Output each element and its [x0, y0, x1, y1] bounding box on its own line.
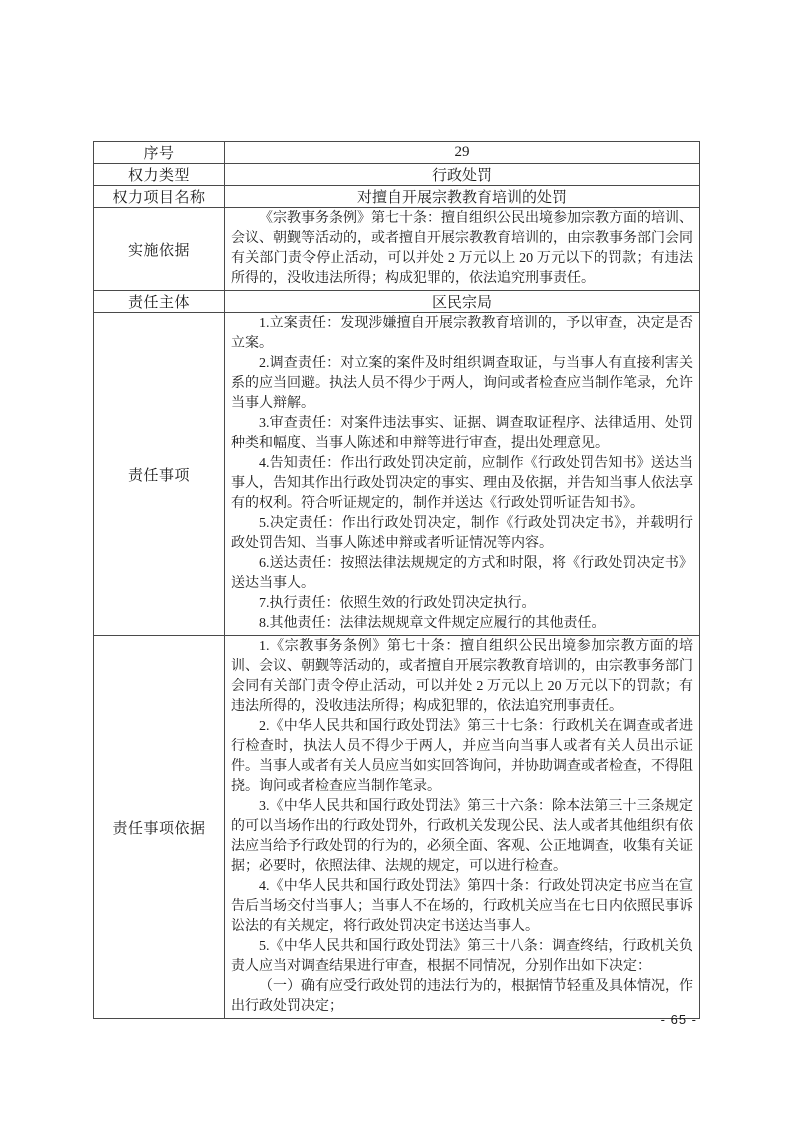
row-label-responsibility-items-basis: 责任事项依据: [94, 636, 225, 1019]
paragraph: 7.执行责任：依照生效的行政处罚决定执行。: [231, 594, 693, 614]
document-page: 序号 29 权力类型 行政处罚 权力项目名称 对擅自开展宗教教育培训的处罚 实施…: [0, 0, 793, 1122]
row-label-responsible-entity: 责任主体: [94, 291, 225, 313]
row-label-implementation-basis: 实施依据: [94, 208, 225, 291]
table-row-responsible-entity: 责任主体 区民宗局: [94, 291, 700, 313]
row-value-power-type: 行政处罚: [225, 164, 700, 186]
paragraph: 4.《中华人民共和国行政处罚法》第四十条：行政处罚决定书应当在宣告后当场交付当事…: [231, 877, 693, 937]
row-value-implementation-basis: 《宗教事务条例》第七十条：擅自组织公民出境参加宗教方面的培训、会议、朝觐等活动的…: [225, 208, 700, 291]
paragraph: 1.《宗教事务条例》第七十条：擅自组织公民出境参加宗教方面的培训、会议、朝觐等活…: [231, 637, 693, 717]
paragraph: 5.《中华人民共和国行政处罚法》第三十八条：调查终结，行政机关负责人应当对调查结…: [231, 937, 693, 977]
paragraph: 8.其他责任：法律法规规章文件规定应履行的其他责任。: [231, 614, 693, 634]
row-label-responsibility-items: 责任事项: [94, 313, 225, 636]
table-row-power-item-name: 权力项目名称 对擅自开展宗教教育培训的处罚: [94, 186, 700, 208]
paragraph: 2.调查责任：对立案的案件及时组织调查取证，与当事人有直接利害关系的应当回避。执…: [231, 354, 693, 414]
paragraph: 2.《中华人民共和国行政处罚法》第三十七条：行政机关在调查或者进行检查时，执法人…: [231, 717, 693, 797]
table-row-implementation-basis: 实施依据 《宗教事务条例》第七十条：擅自组织公民出境参加宗教方面的培训、会议、朝…: [94, 208, 700, 291]
power-item-table: 序号 29 权力类型 行政处罚 权力项目名称 对擅自开展宗教教育培训的处罚 实施…: [93, 141, 700, 1019]
row-value-responsible-entity: 区民宗局: [225, 291, 700, 313]
paragraph: 3.审查责任：对案件违法事实、证据、调查取证程序、法律适用、处罚种类和幅度、当事…: [231, 414, 693, 454]
paragraph: 5.决定责任：作出行政处罚决定，制作《行政处罚决定书》，并载明行政处罚告知、当事…: [231, 514, 693, 554]
page-number: - 65 -: [661, 1012, 697, 1027]
paragraph: 4.告知责任：作出行政处罚决定前，应制作《行政处罚告知书》送达当事人，告知其作出…: [231, 454, 693, 514]
table-row-serial-number: 序号 29: [94, 142, 700, 164]
row-value-responsibility-items-basis: 1.《宗教事务条例》第七十条：擅自组织公民出境参加宗教方面的培训、会议、朝觐等活…: [225, 636, 700, 1019]
table-row-responsibility-items-basis: 责任事项依据 1.《宗教事务条例》第七十条：擅自组织公民出境参加宗教方面的培训、…: [94, 636, 700, 1019]
table-row-responsibility-items: 责任事项 1.立案责任：发现涉嫌擅自开展宗教教育培训的，予以审查，决定是否立案。…: [94, 313, 700, 636]
row-value-serial-number: 29: [225, 142, 700, 164]
table-row-power-type: 权力类型 行政处罚: [94, 164, 700, 186]
paragraph: （一）确有应受行政处罚的违法行为的，根据情节轻重及具体情况，作出行政处罚决定；: [231, 977, 693, 1017]
paragraph: 3.《中华人民共和国行政处罚法》第三十六条：除本法第三十三条规定的可以当场作出的…: [231, 797, 693, 877]
row-label-power-type: 权力类型: [94, 164, 225, 186]
paragraph: 6.送达责任：按照法律法规规定的方式和时限，将《行政处罚决定书》送达当事人。: [231, 554, 693, 594]
row-label-power-item-name: 权力项目名称: [94, 186, 225, 208]
paragraph: 《宗教事务条例》第七十条：擅自组织公民出境参加宗教方面的培训、会议、朝觐等活动的…: [231, 209, 693, 289]
row-label-serial-number: 序号: [94, 142, 225, 164]
row-value-power-item-name: 对擅自开展宗教教育培训的处罚: [225, 186, 700, 208]
paragraph: 1.立案责任：发现涉嫌擅自开展宗教教育培训的，予以审查，决定是否立案。: [231, 314, 693, 354]
row-value-responsibility-items: 1.立案责任：发现涉嫌擅自开展宗教教育培训的，予以审查，决定是否立案。 2.调查…: [225, 313, 700, 636]
